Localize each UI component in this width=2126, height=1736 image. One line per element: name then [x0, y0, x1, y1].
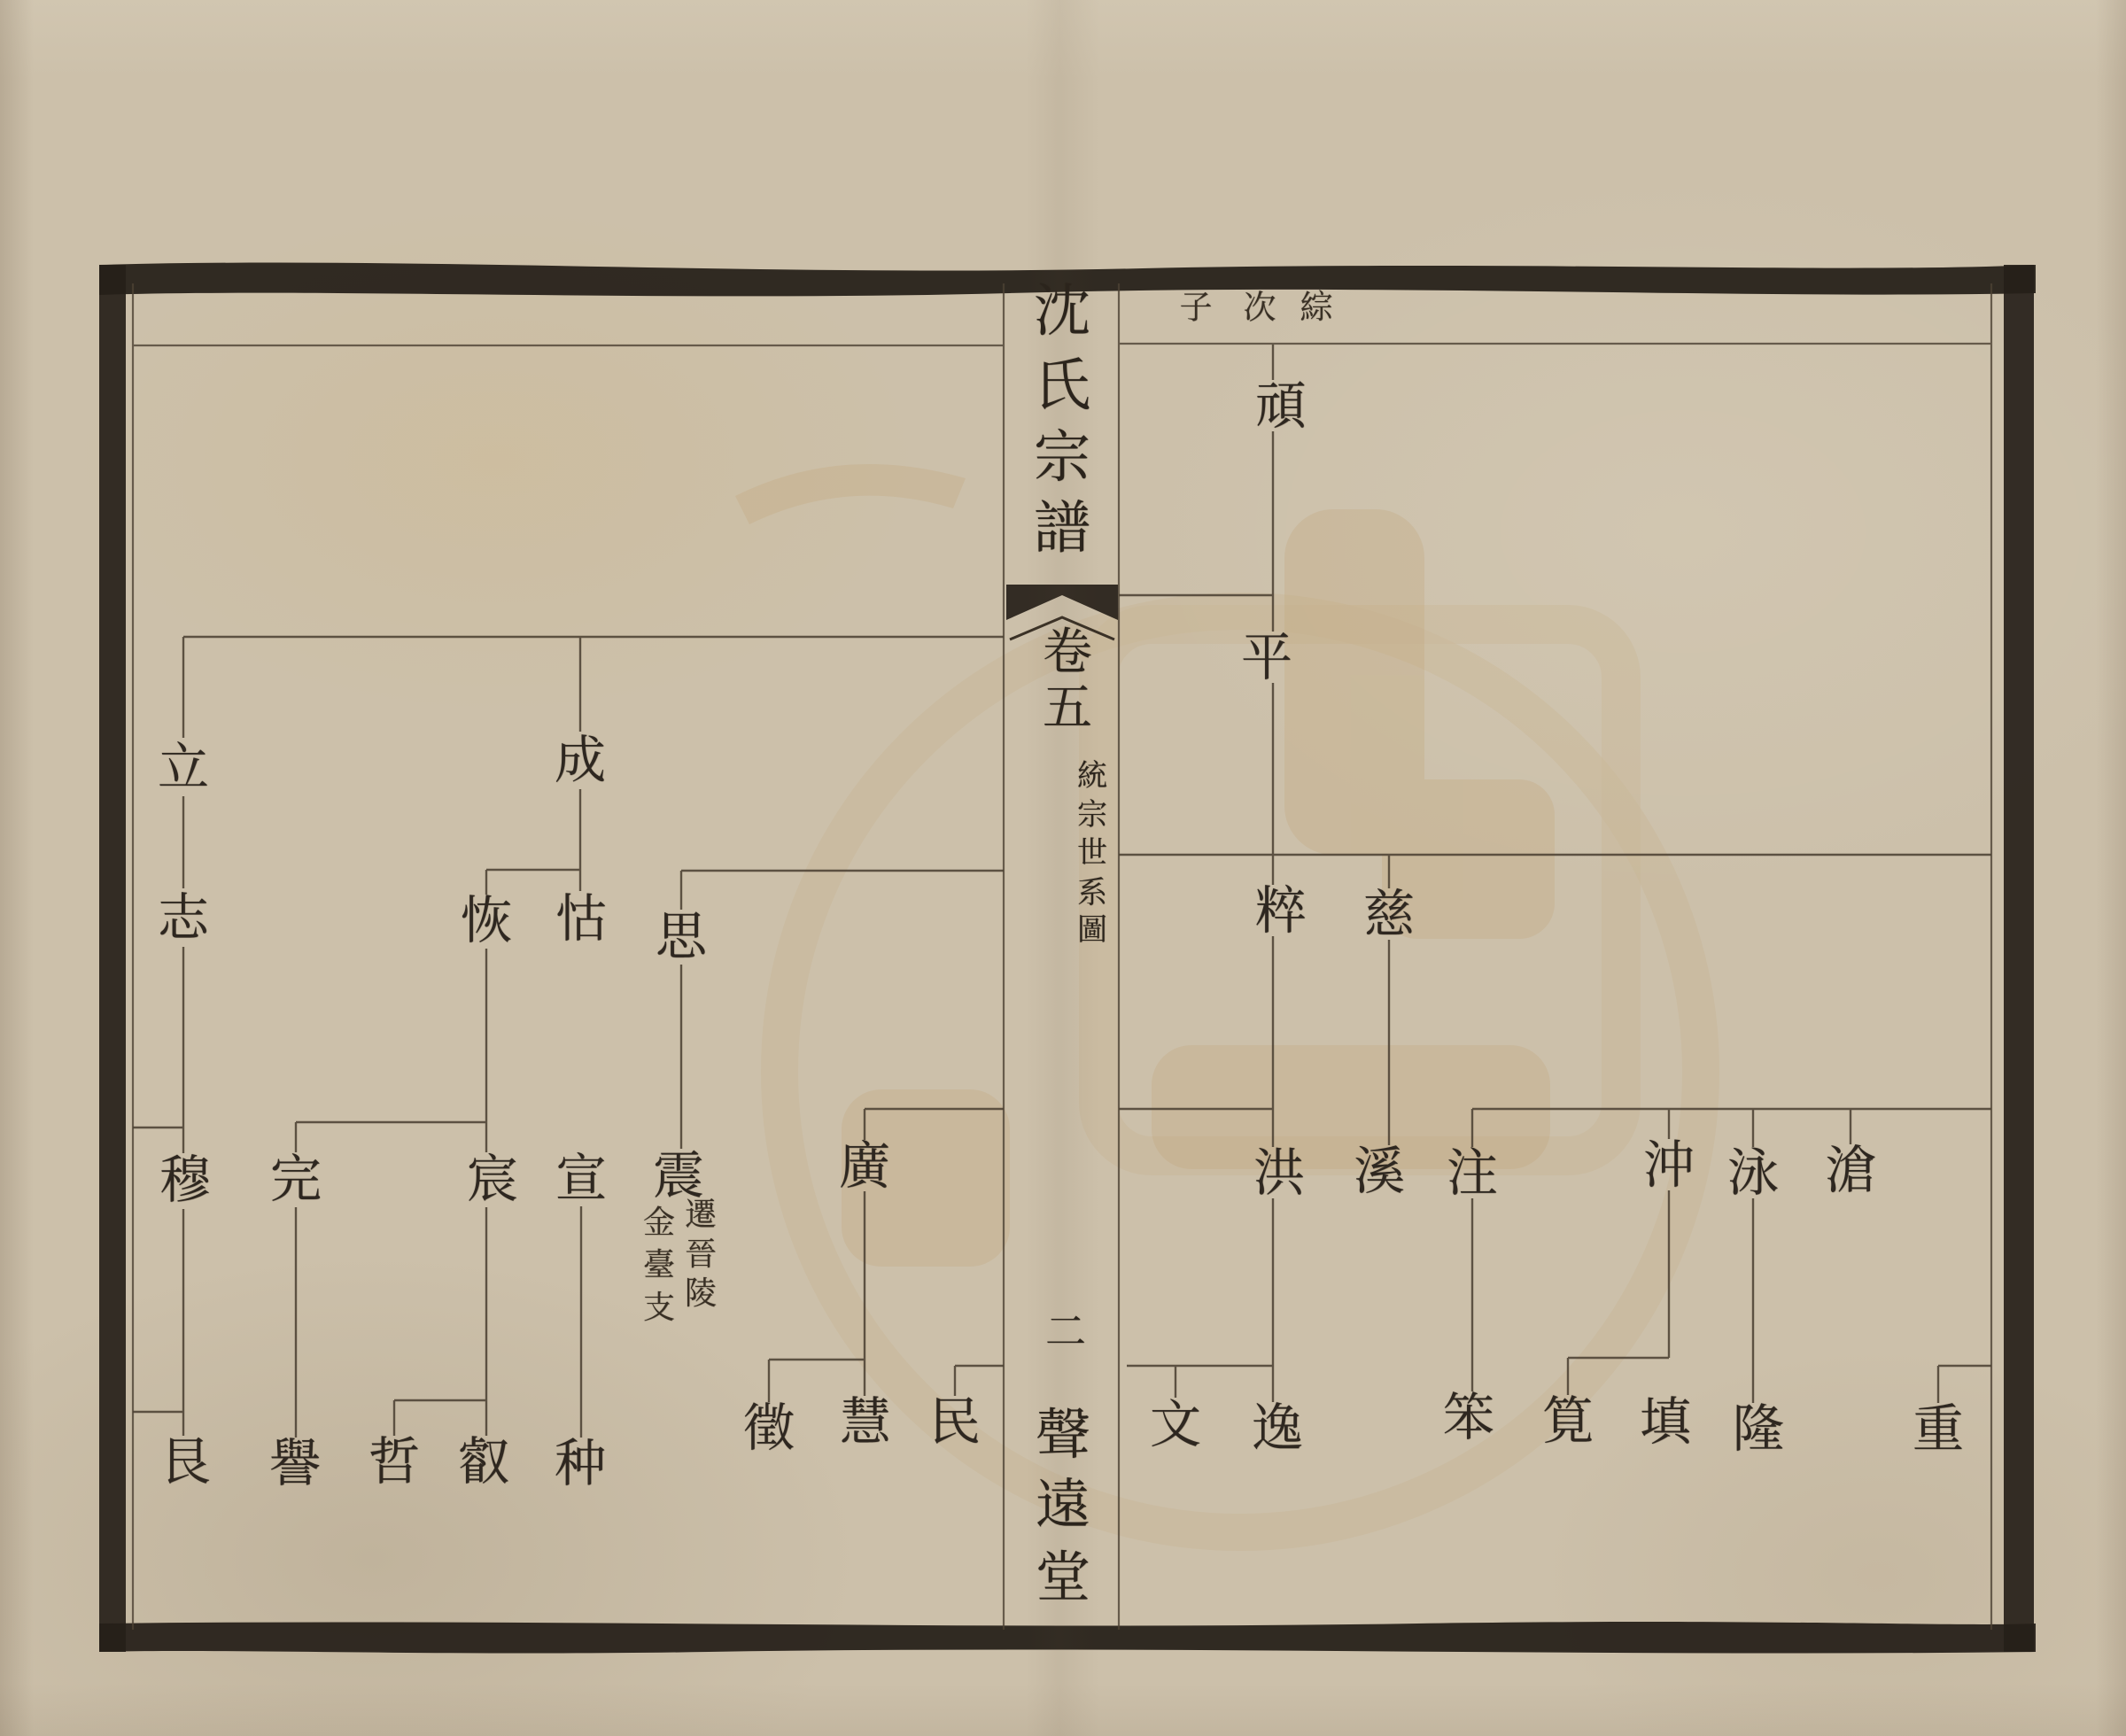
- tree-node: 怙: [555, 893, 607, 944]
- spine-title-char: 譜: [1034, 500, 1090, 557]
- branch-annotation-char: 支: [643, 1292, 675, 1324]
- tree-node: 思: [656, 911, 707, 962]
- genealogy-book-scan: 立成志恢怙思穆完宸宣震廣艮譽哲叡种徵慧民頑平粹慈洪溪注沖泳滄文逸笨筧填隆重遷晉陵…: [0, 0, 2126, 1736]
- tree-node: 注: [1447, 1147, 1498, 1198]
- tree-node: 宸: [467, 1153, 518, 1205]
- tree-node: 隆: [1733, 1403, 1784, 1454]
- spine-page-number: 二: [1045, 1311, 1086, 1352]
- spine-section-char: 圖: [1077, 915, 1107, 945]
- spine-title-char: 氏: [1034, 358, 1090, 415]
- tree-node: 平: [1241, 632, 1292, 683]
- tree-node: 成: [555, 734, 606, 786]
- spine-hall-char: 遠: [1036, 1477, 1090, 1532]
- spine-volume-char: 卷: [1043, 628, 1092, 678]
- tree-node: 叡: [458, 1436, 509, 1487]
- tree-node: 慈: [1363, 888, 1415, 940]
- tree-node: 民: [929, 1396, 981, 1447]
- tree-node: 立: [158, 741, 209, 793]
- tree-node: 粹: [1255, 885, 1307, 936]
- tree-node: 滄: [1825, 1144, 1876, 1196]
- tree-node: 文: [1150, 1399, 1201, 1450]
- tree-node: 艮: [159, 1436, 211, 1487]
- branch-annotation-char: 臺: [643, 1250, 675, 1282]
- branch-annotation-char: 陵: [685, 1278, 717, 1310]
- tree-node: 哲: [369, 1436, 420, 1487]
- spine-hall-char: 堂: [1036, 1550, 1090, 1605]
- tree-node: 逸: [1252, 1402, 1303, 1453]
- spine-title-char: 沈: [1034, 283, 1090, 340]
- tree-node: 震: [653, 1150, 704, 1201]
- tree-node: 重: [1913, 1403, 1964, 1454]
- border-right: [2004, 265, 2034, 1652]
- tree-node: 完: [270, 1153, 322, 1205]
- spine-section-char: 世: [1077, 838, 1107, 868]
- header-note-char: 子: [1180, 291, 1213, 324]
- tree-node: 譽: [269, 1438, 321, 1489]
- tree-node: 泳: [1727, 1147, 1779, 1198]
- tree-node: 笨: [1443, 1391, 1494, 1443]
- tree-node: 頑: [1255, 380, 1307, 431]
- spine-section-char: 系: [1077, 878, 1107, 908]
- tree-node: 溪: [1354, 1145, 1405, 1197]
- tree-node: 筧: [1542, 1395, 1594, 1446]
- header-note-char: 綜: [1300, 291, 1333, 324]
- spine-section-char: 宗: [1077, 800, 1107, 830]
- tree-node: 穆: [159, 1154, 211, 1205]
- tree-node: 恢: [461, 895, 512, 946]
- border-left: [99, 265, 126, 1652]
- tree-node: 种: [555, 1438, 606, 1489]
- spine-hall-char: 聲: [1036, 1407, 1090, 1462]
- tree-node: 慧: [840, 1396, 891, 1447]
- spine-volume-char: 五: [1043, 684, 1092, 733]
- tree-node: 沖: [1643, 1139, 1695, 1190]
- tree-node: 志: [158, 892, 209, 943]
- tree-node: 徵: [743, 1402, 795, 1453]
- tree-node: 洪: [1253, 1147, 1305, 1198]
- header-note-char: 次: [1244, 291, 1276, 324]
- branch-annotation-char: 晉: [685, 1239, 717, 1271]
- branch-annotation-char: 遷: [685, 1199, 717, 1231]
- branch-annotation-char: 金: [643, 1207, 675, 1239]
- tree-node: 廣: [839, 1140, 890, 1191]
- tree-node: 填: [1640, 1396, 1691, 1447]
- spine-section-char: 統: [1077, 761, 1107, 791]
- tree-node: 宣: [555, 1152, 607, 1204]
- spine-title-char: 宗: [1034, 430, 1090, 486]
